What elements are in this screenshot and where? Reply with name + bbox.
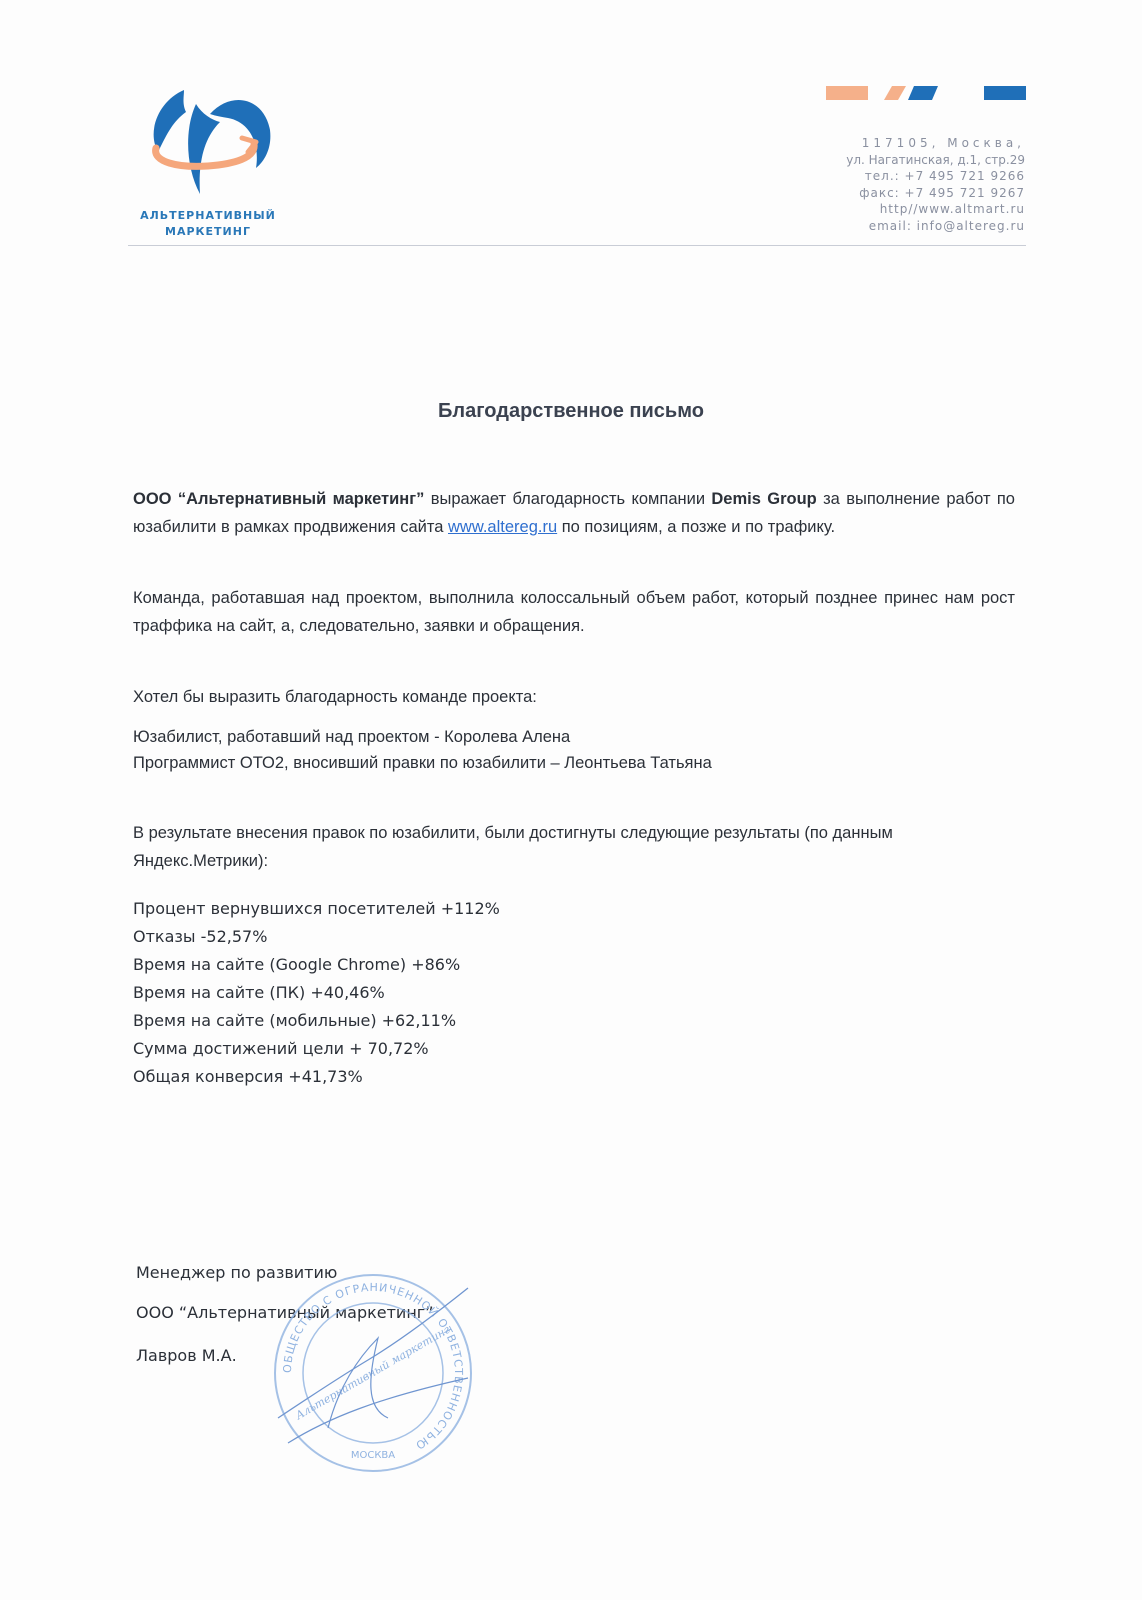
team-intro: Хотел бы выразить благодарность команде … (133, 688, 537, 707)
svg-text:Альтернативный маркетинг: Альтернативный маркетинг (292, 1323, 452, 1423)
result-item: Сумма достижений цели + 70,72% (133, 1035, 500, 1063)
header-divider (128, 245, 1026, 246)
letter-page: АЛЬТЕРНАТИВНЫЙ МАРКЕТИНГ 117105, Москва,… (0, 0, 1142, 1600)
logo-text-line2: МАРКЕТИНГ (128, 224, 288, 240)
logo-text-line1: АЛЬТЕРНАТИВНЫЙ (128, 208, 288, 224)
contact-email[interactable]: email: info@altereg.ru (810, 218, 1025, 235)
results-list: Процент вернувшихся посетителей +112% От… (133, 895, 500, 1091)
contact-phone: тел.: +7 495 721 9266 (810, 168, 1025, 185)
paragraph-team-work: Команда, работавшая над проектом, выполн… (133, 584, 1015, 640)
company-name: ООО “Альтернативный маркетинг” (133, 490, 424, 508)
signer-name: Лавров М.А. (136, 1346, 237, 1365)
result-item: Время на сайте (мобильные) +62,11% (133, 1007, 500, 1035)
results-intro-cont: Яндекс.Метрики): (133, 852, 268, 871)
contact-postal: 117105, Москва, (810, 135, 1025, 152)
result-item: Процент вернувшихся посетителей +112% (133, 895, 500, 923)
contact-fax: факс: +7 495 721 9267 (810, 185, 1025, 202)
company-logo: АЛЬТЕРНАТИВНЫЙ МАРКЕТИНГ (128, 82, 288, 252)
contact-website[interactable]: http//www.altmart.ru (810, 201, 1025, 218)
company-contacts: 117105, Москва, ул. Нагатинская, д.1, ст… (810, 135, 1025, 234)
logo-mark-icon (138, 82, 278, 202)
letterhead-stripes-icon (826, 84, 1026, 102)
results-intro: В результате внесения правок по юзабилит… (133, 824, 893, 843)
result-item: Общая конверсия +41,73% (133, 1063, 500, 1091)
paragraph-text: по позициям, а позже и по трафику. (557, 518, 835, 536)
partner-name: Demis Group (711, 490, 816, 508)
team-member: Программист ОТО2, вносивший правки по юз… (133, 754, 712, 773)
team-member: Юзабилист, работавший над проектом - Кор… (133, 728, 570, 747)
contact-street: ул. Нагатинская, д.1, стр.29 (810, 152, 1025, 169)
paragraph-text: выражает благодарность компании (424, 490, 711, 508)
company-stamp-icon: ОБЩЕСТВО С ОГРАНИЧЕННОЙ ОТВЕТСТВЕННОСТЬЮ… (268, 1268, 478, 1478)
paragraph-gratitude: ООО “Альтернативный маркетинг” выражает … (133, 485, 1015, 541)
result-item: Время на сайте (ПК) +40,46% (133, 979, 500, 1007)
svg-text:МОСКВА: МОСКВА (351, 1450, 395, 1461)
site-link[interactable]: www.altereg.ru (448, 518, 557, 536)
result-item: Время на сайте (Google Chrome) +86% (133, 951, 500, 979)
result-item: Отказы -52,57% (133, 923, 500, 951)
letter-title: Благодарственное письмо (0, 400, 1142, 423)
